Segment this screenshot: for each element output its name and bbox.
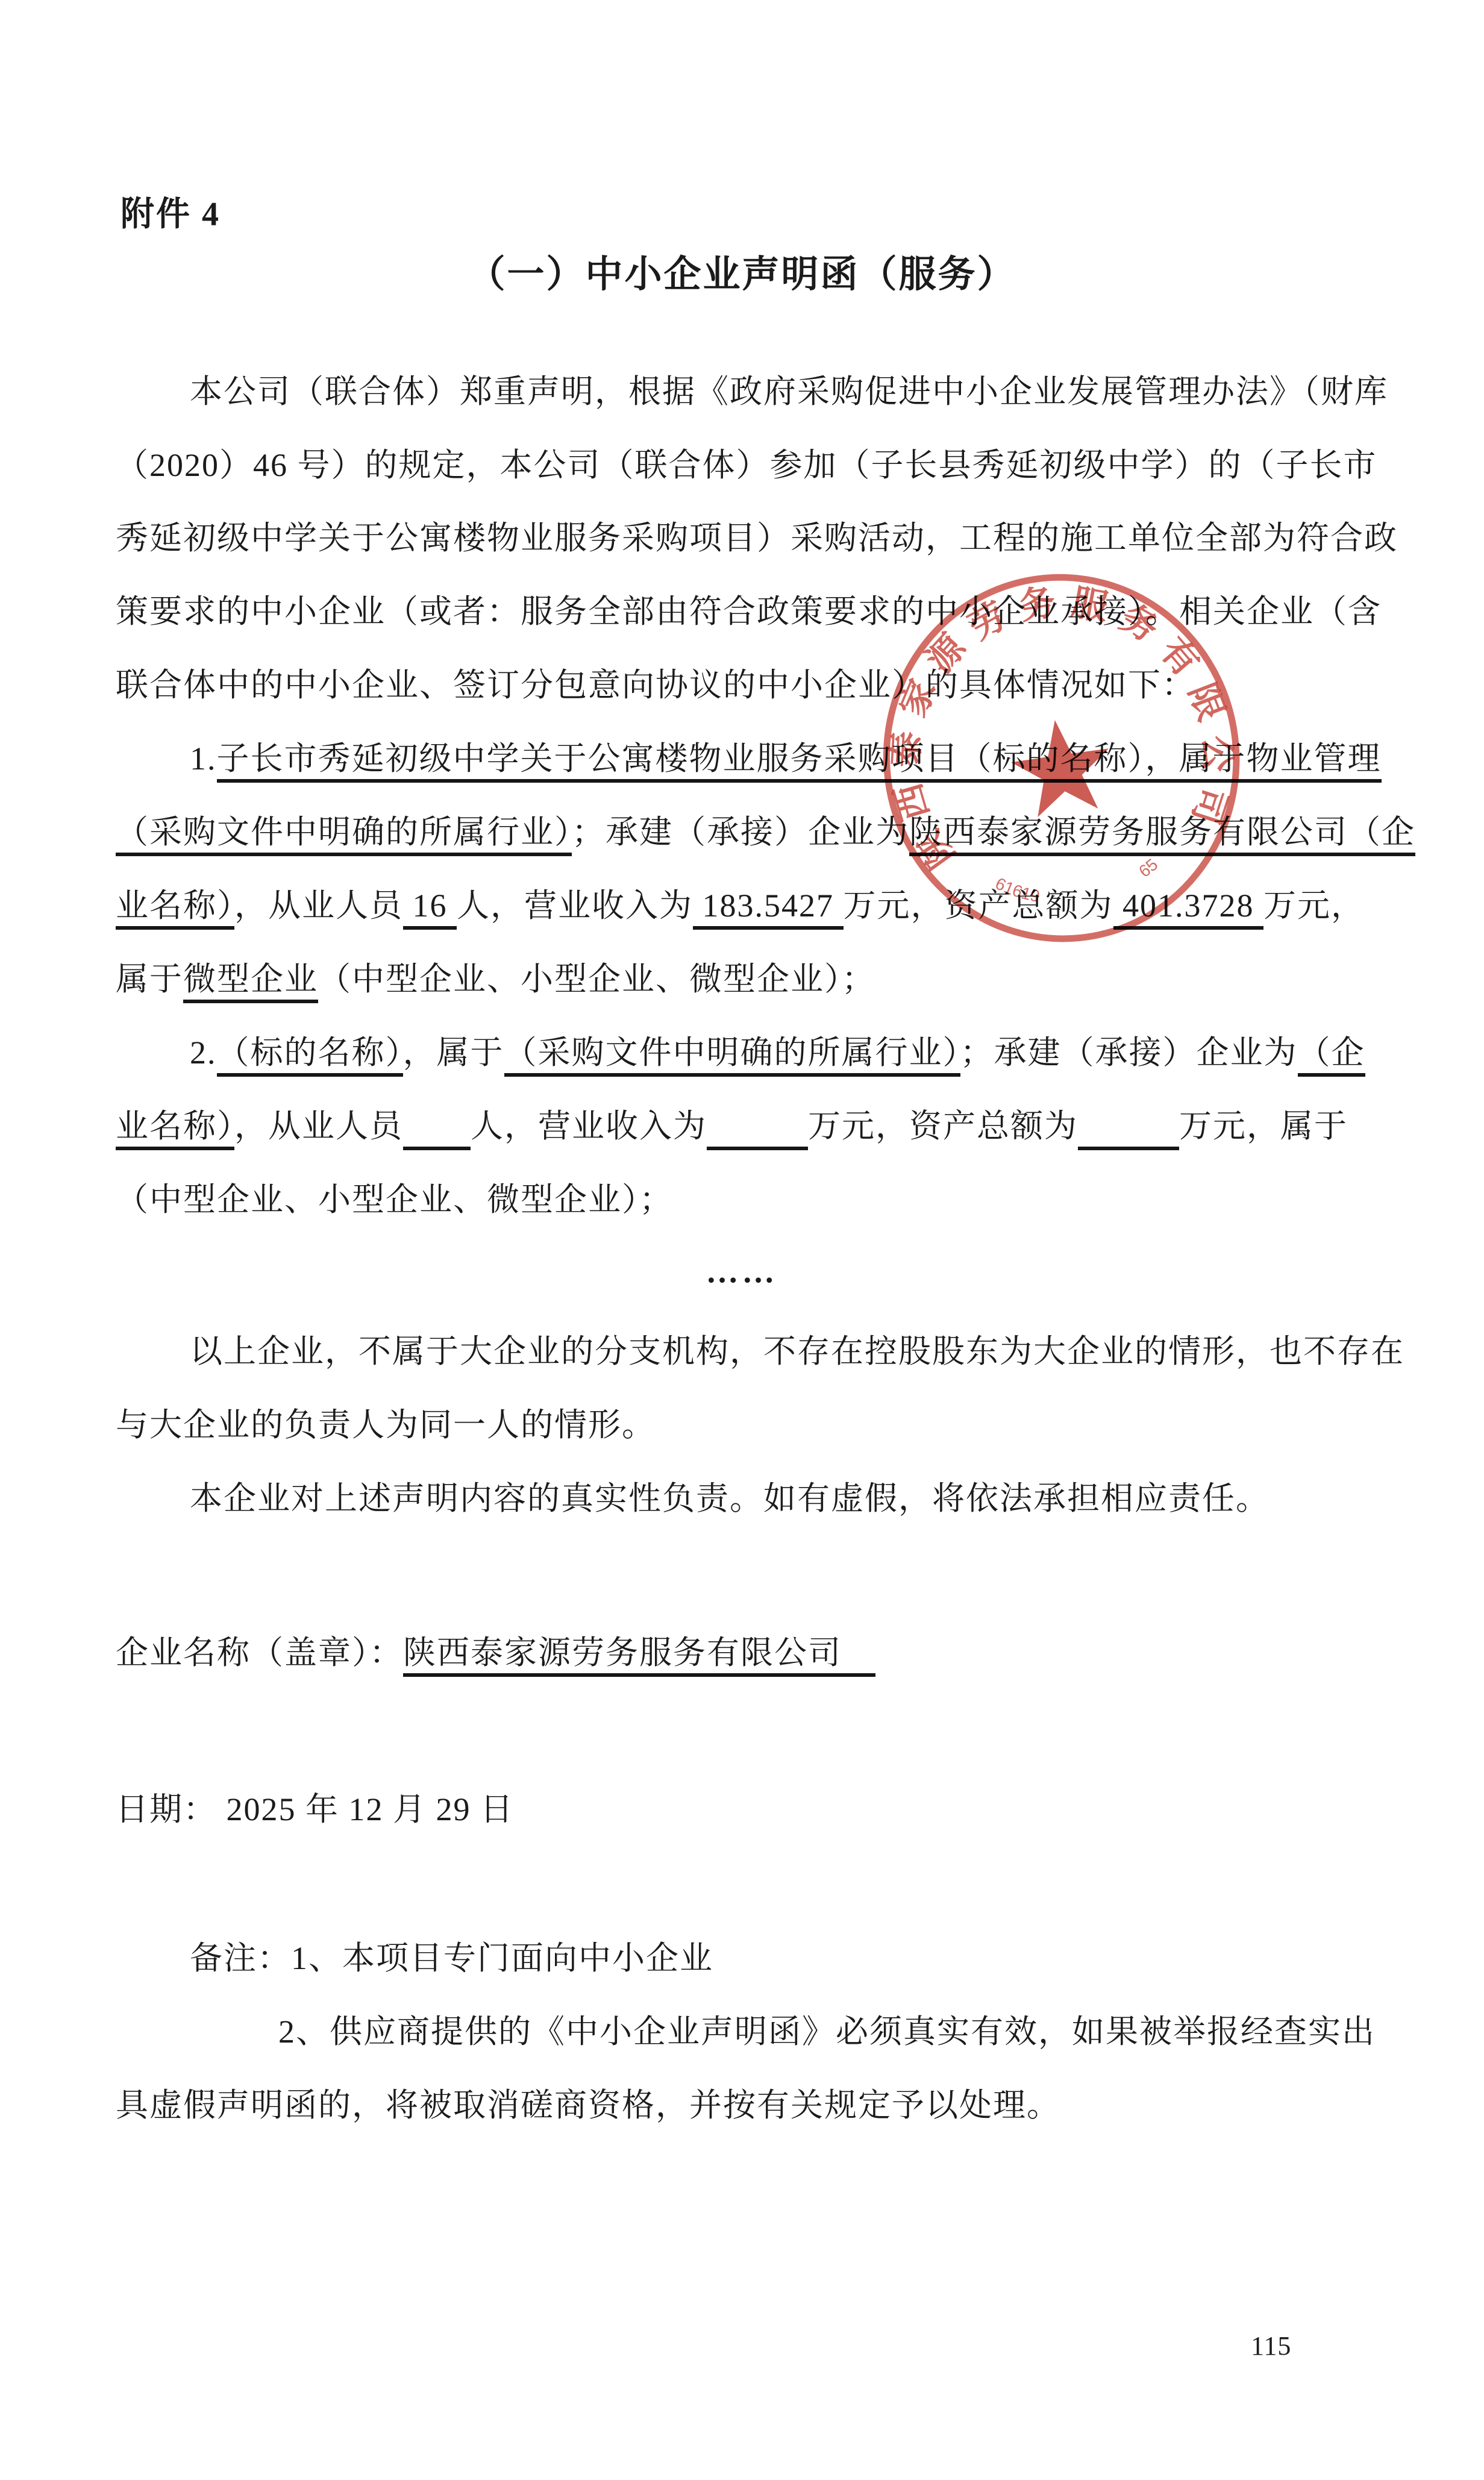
filled-blank-text <box>403 1108 471 1150</box>
filled-blank-text: （采购文件中明确的所属行业） <box>504 1035 960 1077</box>
text-run: 本企业对上述声明内容的真实性负责。如有虚假，将依法承担相应责任。 <box>190 1480 1270 1517</box>
document-page: 附件 4（一）中小企业声明函（服务）本公司（联合体）郑重声明，根据《政府采购促进… <box>0 0 1484 2480</box>
text-run: ；承建（承接）企业为 <box>960 1035 1298 1071</box>
text-run: 2. <box>190 1035 217 1071</box>
text-run: 附件 4 <box>121 196 221 233</box>
filled-blank-text: （采购文件中明确的所属行业） <box>116 814 572 856</box>
text-line-note1: 备注：1、本项目专门面向中小企业 <box>190 1935 713 1981</box>
text-line-item2-l1: 2.（标的名称），属于（采购文件中明确的所属行业）；承建（承接）企业为（企 <box>190 1030 1365 1076</box>
filled-blank-text <box>1078 1108 1179 1150</box>
filled-blank-text: （企 <box>1298 1035 1365 1077</box>
text-run: （一）中小企业声明函（服务） <box>468 254 1016 295</box>
text-line-p1-l2: （2020）46 号）的规定，本公司（联合体）参加（子长县秀延初级中学）的（子长… <box>116 442 1377 488</box>
text-run: 属于 <box>116 961 183 997</box>
company-seal-stamp: 陕西泰家源劳务服务有限公司 61619 65 <box>853 547 1272 972</box>
text-run: 企业名称（盖章）： <box>116 1635 403 1671</box>
text-line-p2-l2: 与大企业的负责人为同一人的情形。 <box>116 1402 656 1448</box>
text-run: ，从业人员 <box>234 888 403 924</box>
filled-blank-text: 业名称） <box>116 888 234 930</box>
text-run: （中型企业、小型企业、微型企业）； <box>116 1182 673 1218</box>
filled-blank-text: 16 <box>403 888 457 930</box>
star-icon <box>1006 713 1117 820</box>
text-run: 日期： 2025 年 12 月 29 日 <box>116 1791 514 1827</box>
text-run: 备注：1、本项目专门面向中小企业 <box>190 1940 713 1976</box>
text-line-p2-l1: 以上企业，不属于大企业的分支机构，不存在控股股东为大企业的情形，也不存在 <box>190 1329 1404 1374</box>
text-line-note3: 具虚假声明函的，将被取消磋商资格，并按有关规定予以处理。 <box>116 2082 1060 2128</box>
filled-blank-text: 业名称） <box>116 1108 234 1150</box>
text-line-ellipsis: …… <box>0 1248 1484 1294</box>
text-line-p1-l1: 本公司（联合体）郑重声明，根据《政府采购促进中小企业发展管理办法》（财库 <box>190 369 1388 415</box>
filled-blank-text: 陕西泰家源劳务服务有限公司 <box>403 1635 875 1677</box>
text-run: 万元，资产总额为 <box>808 1108 1078 1144</box>
text-run: ，从业人员 <box>234 1108 403 1144</box>
text-run: …… <box>706 1253 778 1289</box>
text-run: 人，营业收入为 <box>457 888 693 924</box>
filled-blank-text: 微型企业 <box>183 961 318 1003</box>
filled-blank-text: 183.5427 <box>693 888 844 930</box>
text-line-note2: 2、供应商提供的《中小企业声明函》必须真实有效，如果被举报经查实出 <box>278 2009 1376 2055</box>
text-line-item2-l3: （中型企业、小型企业、微型企业）； <box>116 1177 673 1223</box>
text-run: ；承建（承接）企业为 <box>572 814 909 850</box>
text-line-date: 日期： 2025 年 12 月 29 日 <box>116 1786 514 1832</box>
text-line-item2-l2: 业名称），从业人员 人，营业收入为 万元，资产总额为 万元，属于 <box>116 1103 1348 1149</box>
text-run: 万元，属于 <box>1179 1108 1348 1144</box>
text-run: 人，营业收入为 <box>471 1108 707 1144</box>
text-run: （中型企业、小型企业、微型企业）； <box>318 961 875 997</box>
text-line-title: （一）中小企业声明函（服务） <box>0 252 1484 298</box>
text-line-p3-l1: 本企业对上述声明内容的真实性负责。如有虚假，将依法承担相应责任。 <box>190 1476 1270 1521</box>
text-run: 以上企业，不属于大企业的分支机构，不存在控股股东为大企业的情形，也不存在 <box>190 1333 1404 1370</box>
page-number: 115 <box>1251 2331 1291 2361</box>
text-run: （2020）46 号）的规定，本公司（联合体）参加（子长县秀延初级中学）的（子长… <box>116 447 1377 483</box>
text-run: 1. <box>190 741 217 777</box>
filled-blank-text <box>707 1108 808 1150</box>
seal-company-name: 陕西泰家源劳务服务有限公司 <box>863 560 1250 880</box>
filled-blank-text: （标的名称） <box>217 1035 403 1077</box>
seal-serial-right: 65 <box>1134 854 1162 883</box>
text-run: 本公司（联合体）郑重声明，根据《政府采购促进中小企业发展管理办法》（财库 <box>190 374 1388 410</box>
text-run: 2、供应商提供的《中小企业声明函》必须真实有效，如果被举报经查实出 <box>278 2014 1376 2050</box>
text-line-item1-l4: 属于微型企业（中型企业、小型企业、微型企业）； <box>116 956 875 1002</box>
text-run: ，属于 <box>403 1035 504 1071</box>
text-run: 万元， <box>1263 888 1365 924</box>
text-line-signature: 企业名称（盖章）：陕西泰家源劳务服务有限公司 <box>116 1630 875 1676</box>
text-line-attachment-label: 附件 4 <box>121 192 221 237</box>
text-run: 与大企业的负责人为同一人的情形。 <box>116 1407 656 1443</box>
seal-serial-left: 61619 <box>991 868 1044 912</box>
text-run: 具虚假声明函的，将被取消磋商资格，并按有关规定予以处理。 <box>116 2087 1060 2123</box>
